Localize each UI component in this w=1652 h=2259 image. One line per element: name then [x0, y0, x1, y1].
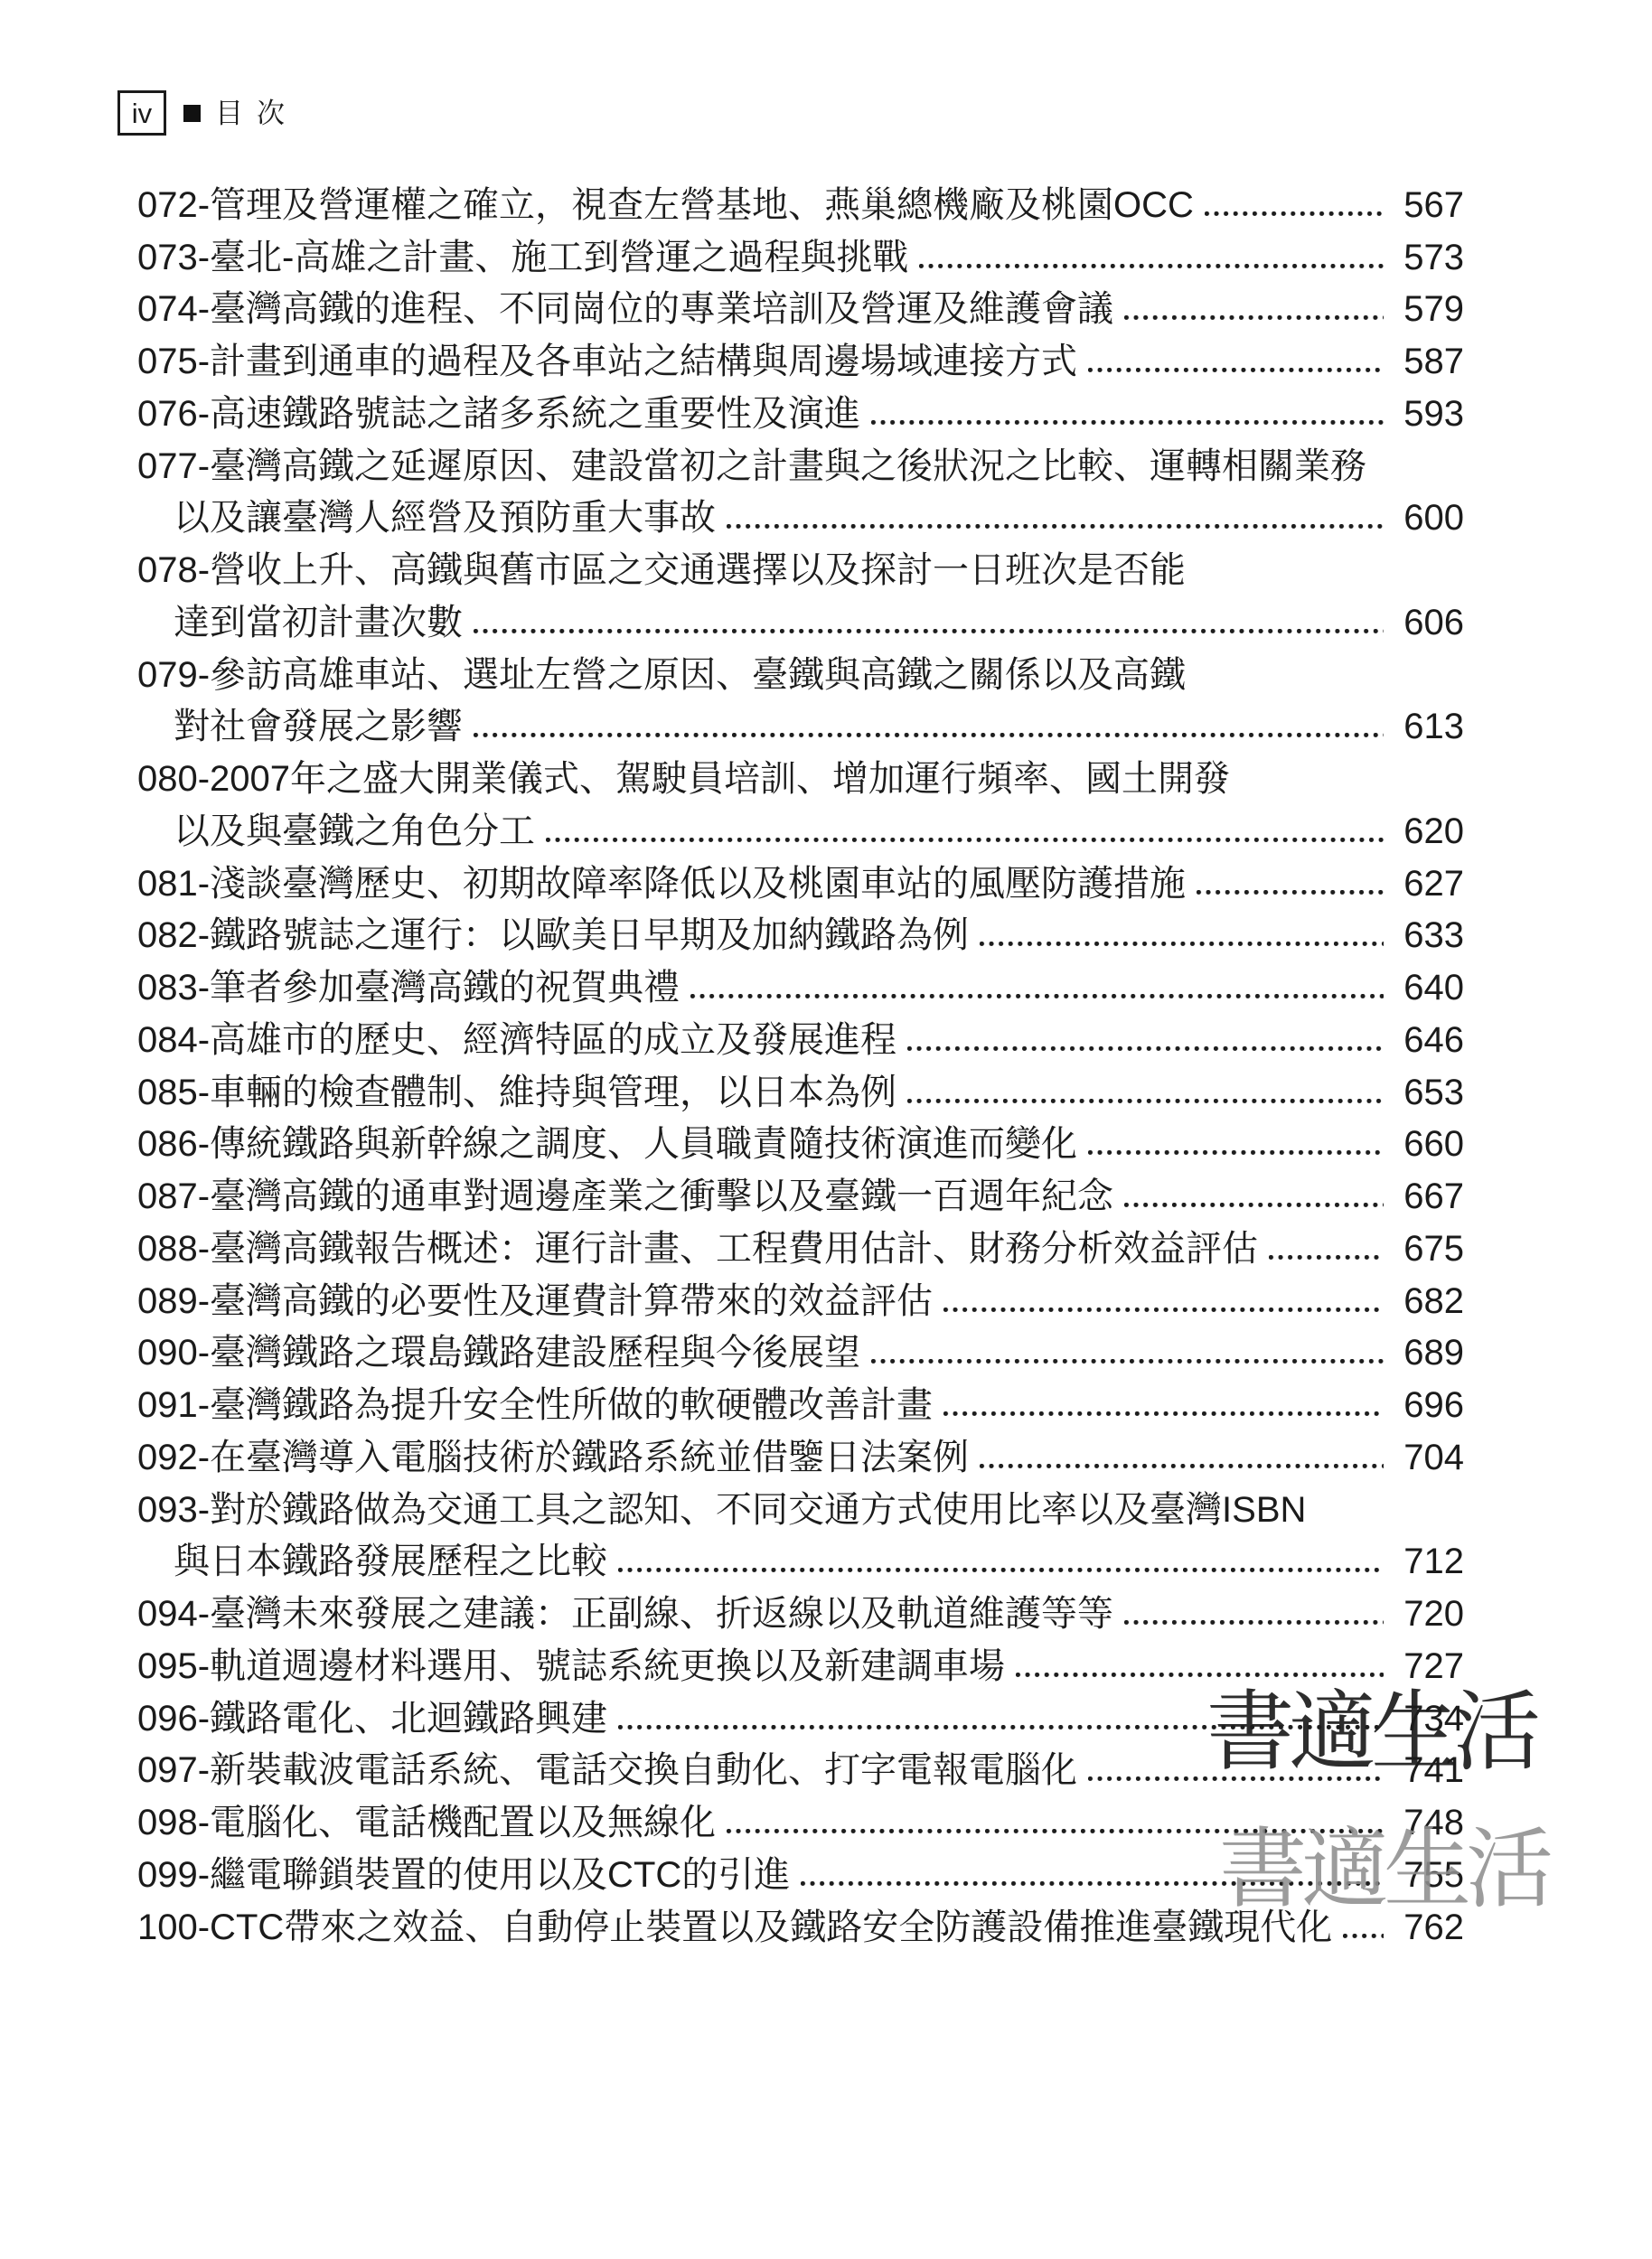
toc-page-number: 748: [1403, 1804, 1464, 1847]
dot-leader: [943, 1411, 1384, 1416]
toc-entry-row: 以及讓臺灣人經營及預防重大事故600: [137, 491, 1464, 543]
toc-entry-row: 091-臺灣鐵路為提升安全性所做的軟硬體改善計畫696: [137, 1377, 1464, 1429]
toc-page-number: 579: [1403, 291, 1464, 333]
toc-entry-title: 089-臺灣高鐵的必要性及運費計算帶來的效益評估: [137, 1283, 933, 1326]
toc-entry-row: 099-繼電聯鎖裝置的使用以及CTC的引進755: [137, 1847, 1464, 1899]
toc-entry-row: 與日本鐵路發展歷程之比較712: [137, 1534, 1464, 1587]
toc-entry-title: 097-新裝載波電話系統、電話交換自動化、打字電報電腦化: [137, 1752, 1077, 1795]
toc-entry-title: 082-鐵路號誌之運行：以歐美日早期及加納鐵路為例: [137, 917, 969, 960]
toc-entry-row: 080-2007年之盛大開業儀式、駕駛員培訓、增加運行頻率、國土開發: [137, 751, 1464, 803]
toc-entry-row: 090-臺灣鐵路之環島鐵路建設歷程與今後展望689: [137, 1326, 1464, 1378]
dot-leader: [1088, 1776, 1384, 1781]
toc-entry-row: 096-鐵路電化、北迴鐵路興建734: [137, 1691, 1464, 1743]
header-title: 目次: [215, 99, 298, 127]
toc-page-number: 613: [1403, 708, 1464, 751]
toc-entry-title-continuation: 與日本鐵路發展歷程之比較: [174, 1543, 607, 1586]
toc-entry-row: 097-新裝載波電話系統、電話交換自動化、打字電報電腦化741: [137, 1743, 1464, 1795]
toc-entry-row: 089-臺灣高鐵的必要性及運費計算帶來的效益評估682: [137, 1273, 1464, 1326]
toc-page-number: 712: [1403, 1543, 1464, 1586]
toc-entry-row: 093-對於鐵路做為交通工具之認知、不同交通方式使用比率以及臺灣ISBN: [137, 1482, 1464, 1534]
toc-entry-row: 082-鐵路號誌之運行：以歐美日早期及加納鐵路為例633: [137, 908, 1464, 961]
toc-page-number: 633: [1403, 917, 1464, 960]
toc-entry-title: 098-電腦化、電話機配置以及無線化: [137, 1804, 716, 1847]
toc-entry-row: 072-管理及營運權之確立，視查左營基地、燕巢總機廠及桃園OCC567: [137, 177, 1464, 230]
dot-leader: [1197, 890, 1384, 895]
toc-entry-row: 074-臺灣高鐵的進程、不同崗位的專業培訓及營運及維護會議579: [137, 282, 1464, 334]
dot-leader: [618, 1725, 1384, 1729]
toc-page-number: 627: [1403, 866, 1464, 908]
toc-page-number: 675: [1403, 1231, 1464, 1273]
dot-leader: [801, 1881, 1384, 1886]
toc-page-number: 606: [1403, 605, 1464, 647]
dot-leader: [1124, 1203, 1384, 1207]
toc-page-number: 727: [1403, 1648, 1464, 1691]
toc-entry-title: 080-2007年之盛大開業儀式、駕駛員培訓、增加運行頻率、國土開發: [137, 761, 1230, 803]
toc-page-number: 573: [1403, 239, 1464, 282]
toc-entry-row: 086-傳統鐵路與新幹線之調度、人員職責隨技術演進而變化660: [137, 1117, 1464, 1169]
toc-entry-title: 096-鐵路電化、北迴鐵路興建: [137, 1701, 607, 1743]
dot-leader: [690, 994, 1384, 998]
toc-page-number: 741: [1403, 1752, 1464, 1795]
toc-entry-row: 079-參訪高雄車站、選址左營之原因、臺鐵與高鐵之關係以及高鐵: [137, 647, 1464, 699]
dot-leader: [943, 1308, 1384, 1312]
toc-entry-title: 090-臺灣鐵路之環島鐵路建設歷程與今後展望: [137, 1335, 860, 1377]
toc-entry-title: 086-傳統鐵路與新幹線之調度、人員職責隨技術演進而變化: [137, 1126, 1077, 1168]
toc-entry-row: 075-計畫到通車的過程及各車站之結構與周邊場域連接方式587: [137, 333, 1464, 386]
dot-leader: [919, 264, 1384, 268]
toc-page-number: 600: [1403, 500, 1464, 542]
dot-leader: [727, 1829, 1384, 1833]
dot-leader: [1088, 368, 1384, 372]
toc-entry-title: 093-對於鐵路做為交通工具之認知、不同交通方式使用比率以及臺灣ISBN: [137, 1492, 1306, 1534]
dot-leader: [871, 1359, 1384, 1364]
toc-page-number: 667: [1403, 1178, 1464, 1221]
toc-entry-row: 084-高雄市的歷史、經濟特區的成立及發展進程646: [137, 1012, 1464, 1064]
page-number-box: iv: [117, 90, 166, 136]
toc-entry-row: 088-臺灣高鐵報告概述：運行計畫、工程費用估計、財務分析效益評估675: [137, 1221, 1464, 1273]
toc-entry-row: 094-臺灣未來發展之建議：正副線、折返線以及軌道維護等等720: [137, 1586, 1464, 1638]
toc-entry-row: 095-軌道週邊材料選用、號誌系統更換以及新建調車場727: [137, 1638, 1464, 1691]
toc-entry-title: 094-臺灣未來發展之建議：正副線、折返線以及軌道維護等等: [137, 1596, 1113, 1638]
toc-page-number: 646: [1403, 1022, 1464, 1064]
toc-page-number: 620: [1403, 813, 1464, 856]
toc-entry-title: 074-臺灣高鐵的進程、不同崗位的專業培訓及營運及維護會議: [137, 291, 1113, 333]
toc-entry-title-continuation: 對社會發展之影響: [174, 708, 463, 751]
toc-list: 072-管理及營運權之確立，視查左營基地、燕巢總機廠及桃園OCC567073-臺…: [137, 177, 1464, 1952]
dot-leader: [980, 1464, 1384, 1468]
toc-page: { "header": { "page_label": "iv", "title…: [0, 0, 1652, 2259]
toc-entry-title: 087-臺灣高鐵的通車對週邊產業之衝擊以及臺鐵一百週年紀念: [137, 1178, 1113, 1221]
toc-entry-row: 073-臺北-高雄之計畫、施工到營運之過程與挑戰573: [137, 230, 1464, 282]
toc-entry-title: 083-筆者參加臺灣高鐵的祝賀典禮: [137, 970, 680, 1012]
bullet-square-icon: [183, 105, 201, 122]
toc-entry-row: 對社會發展之影響613: [137, 699, 1464, 752]
page-header: iv 目次: [117, 90, 298, 136]
toc-page-number: 567: [1403, 187, 1464, 230]
toc-page-number: 653: [1403, 1074, 1464, 1117]
toc-entry-row: 087-臺灣高鐵的通車對週邊產業之衝擊以及臺鐵一百週年紀念667: [137, 1168, 1464, 1221]
toc-entry-row: 098-電腦化、電話機配置以及無線化748: [137, 1795, 1464, 1847]
dot-leader: [1124, 315, 1384, 320]
dot-leader: [1124, 1620, 1384, 1625]
toc-entry-title: 091-臺灣鐵路為提升安全性所做的軟硬體改善計畫: [137, 1387, 933, 1429]
toc-entry-title: 092-在臺灣導入電腦技術於鐵路系統並借鑒日法案例: [137, 1439, 969, 1482]
toc-entry-title: 076-高速鐵路號誌之諸多系統之重要性及演進: [137, 396, 860, 438]
toc-page-number: 587: [1403, 343, 1464, 386]
toc-entry-title: 100-CTC帶來之效益、自動停止裝置以及鐵路安全防護設備推進臺鐵現代化: [137, 1909, 1332, 1952]
toc-page-number: 696: [1403, 1387, 1464, 1429]
toc-entry-title: 077-臺灣高鐵之延遲原因、建設當初之計畫與之後狀況之比較、運轉相關業務: [137, 448, 1366, 491]
toc-entry-title: 072-管理及營運權之確立，視查左營基地、燕巢總機廠及桃園OCC: [137, 187, 1194, 230]
toc-entry-row: 100-CTC帶來之效益、自動停止裝置以及鐵路安全防護設備推進臺鐵現代化762: [137, 1899, 1464, 1952]
toc-entry-title: 078-營收上升、高鐵與舊市區之交通選擇以及探討一日班次是否能: [137, 552, 1186, 595]
page-number-label: iv: [132, 99, 152, 127]
toc-entry-row: 078-營收上升、高鐵與舊市區之交通選擇以及探討一日班次是否能: [137, 542, 1464, 595]
toc-page-number: 734: [1403, 1701, 1464, 1743]
toc-entry-row: 092-在臺灣導入電腦技術於鐵路系統並借鑒日法案例704: [137, 1429, 1464, 1482]
toc-entry-row: 076-高速鐵路號誌之諸多系統之重要性及演進593: [137, 386, 1464, 438]
toc-entry-title: 085-車輛的檢查體制、維持與管理，以日本為例: [137, 1074, 896, 1117]
dot-leader: [1269, 1255, 1384, 1260]
toc-page-number: 755: [1403, 1857, 1464, 1899]
dot-leader: [1088, 1150, 1384, 1155]
toc-entry-row: 085-車輛的檢查體制、維持與管理，以日本為例653: [137, 1064, 1464, 1117]
toc-entry-title: 075-計畫到通車的過程及各車站之結構與周邊場域連接方式: [137, 343, 1077, 386]
toc-entry-title-continuation: 達到當初計畫次數: [174, 605, 463, 647]
toc-entry-row: 077-臺灣高鐵之延遲原因、建設當初之計畫與之後狀況之比較、運轉相關業務: [137, 438, 1464, 491]
toc-page-number: 720: [1403, 1596, 1464, 1638]
toc-page-number: 689: [1403, 1335, 1464, 1377]
toc-page-number: 660: [1403, 1126, 1464, 1168]
toc-entry-row: 083-筆者參加臺灣高鐵的祝賀典禮640: [137, 960, 1464, 1012]
toc-page-number: 640: [1403, 970, 1464, 1012]
toc-entry-title: 079-參訪高雄車站、選址左營之原因、臺鐵與高鐵之關係以及高鐵: [137, 657, 1186, 699]
toc-entry-title: 073-臺北-高雄之計畫、施工到營運之過程與挑戰: [137, 239, 908, 282]
toc-page-number: 682: [1403, 1283, 1464, 1326]
dot-leader: [980, 942, 1384, 946]
toc-page-number: 704: [1403, 1439, 1464, 1482]
toc-entry-title: 088-臺灣高鐵報告概述：運行計畫、工程費用估計、財務分析效益評估: [137, 1231, 1258, 1273]
toc-entry-title: 084-高雄市的歷史、經濟特區的成立及發展進程: [137, 1022, 896, 1064]
toc-entry-title: 099-繼電聯鎖裝置的使用以及CTC的引進: [137, 1857, 790, 1899]
dot-leader: [546, 838, 1384, 842]
dot-leader: [474, 629, 1384, 633]
toc-entry-title: 081-淺談臺灣歷史、初期故障率降低以及桃園車站的風壓防護措施: [137, 866, 1186, 908]
dot-leader: [907, 1046, 1384, 1051]
toc-entry-row: 081-淺談臺灣歷史、初期故障率降低以及桃園車站的風壓防護措施627: [137, 856, 1464, 908]
dot-leader: [871, 420, 1384, 425]
dot-leader: [1205, 211, 1384, 216]
toc-page-number: 762: [1403, 1909, 1464, 1952]
dot-leader: [907, 1099, 1384, 1103]
dot-leader: [474, 733, 1384, 737]
toc-entry-row: 達到當初計畫次數606: [137, 595, 1464, 647]
dot-leader: [727, 524, 1384, 529]
dot-leader: [618, 1568, 1384, 1572]
toc-page-number: 593: [1403, 396, 1464, 438]
dot-leader: [1016, 1673, 1384, 1677]
dot-leader: [1343, 1934, 1384, 1938]
toc-entry-title: 095-軌道週邊材料選用、號誌系統更換以及新建調車場: [137, 1648, 1005, 1691]
toc-entry-title-continuation: 以及與臺鐵之角色分工: [174, 813, 535, 856]
toc-entry-row: 以及與臺鐵之角色分工620: [137, 803, 1464, 856]
toc-entry-title-continuation: 以及讓臺灣人經營及預防重大事故: [174, 500, 716, 542]
